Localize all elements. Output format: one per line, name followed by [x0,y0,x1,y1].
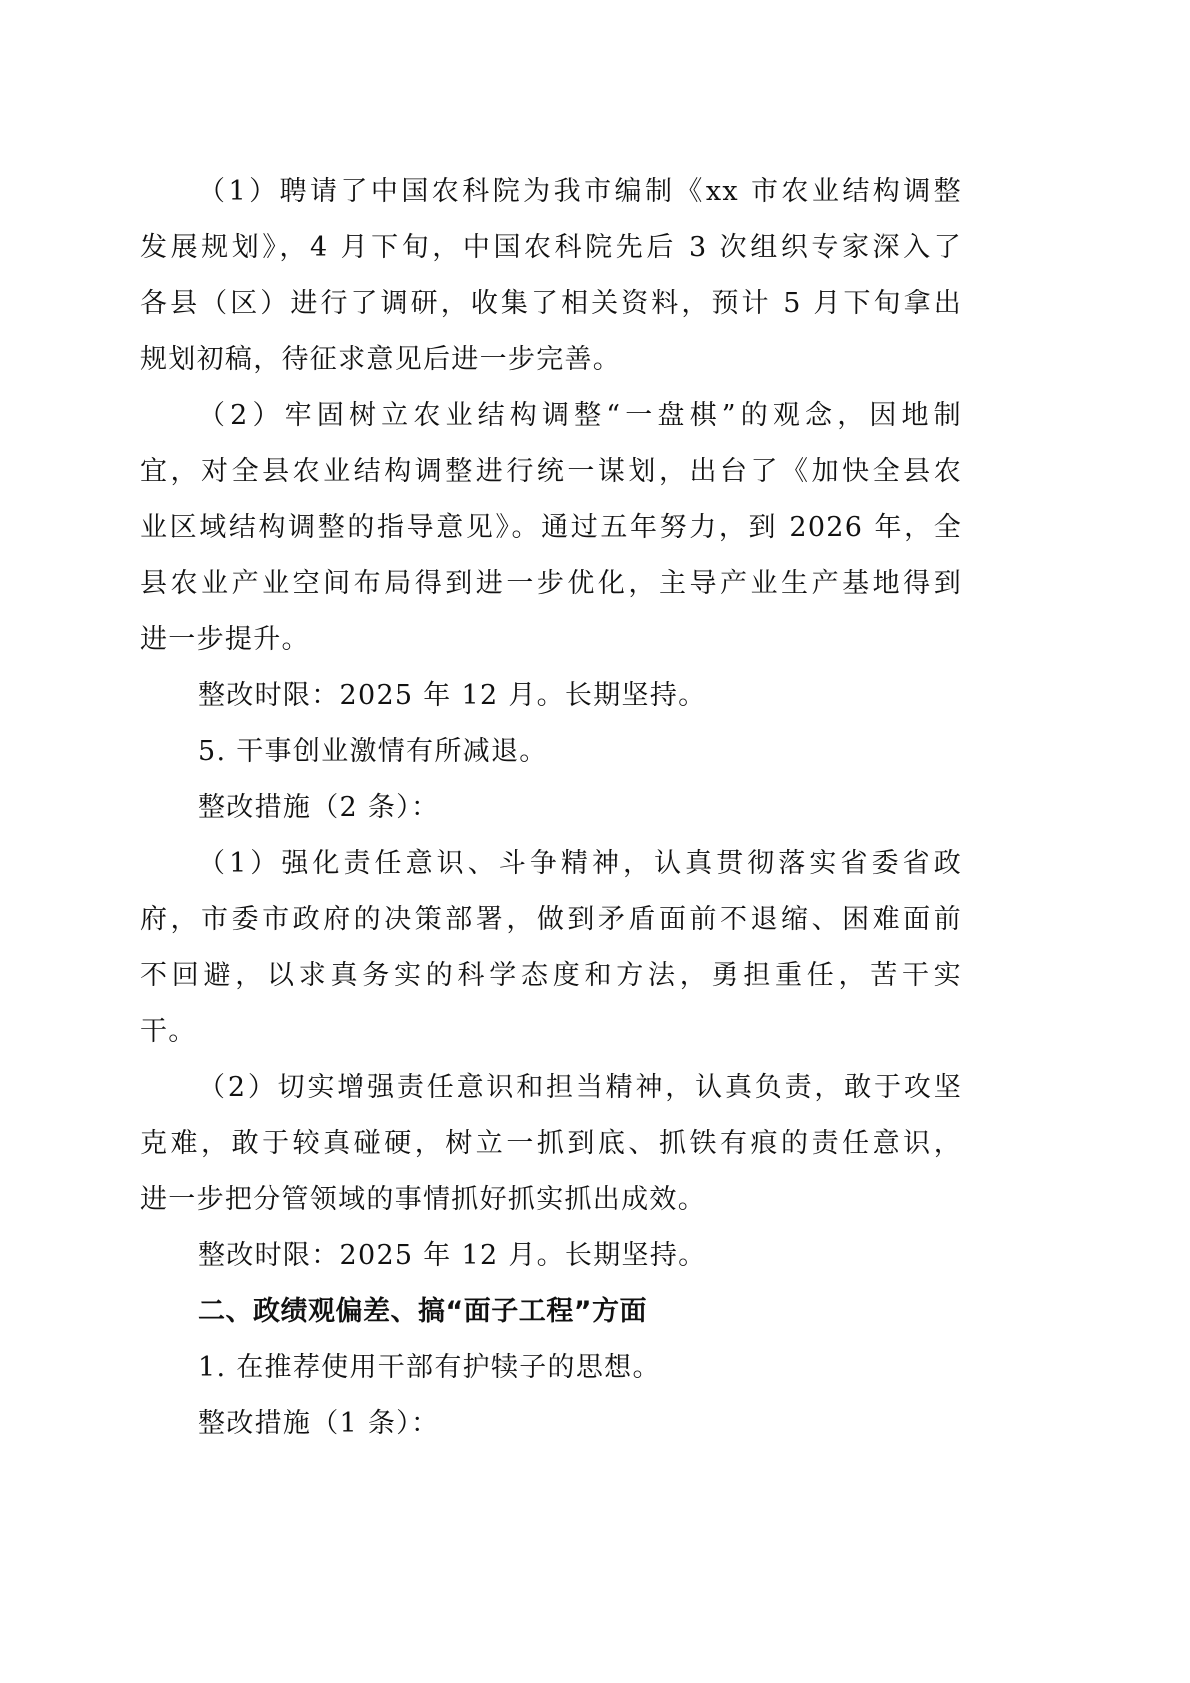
measures-count-2: 整改措施（1 条）： [140,1396,962,1452]
document-page: （1）聘请了中国农科院为我市编制《xx 市农业结构调整 发展规划》，4 月下旬，… [140,164,962,1452]
text-line: 1. 在推荐使用干部有护犊子的思想。 [140,1340,962,1396]
deadline-paragraph-1: 整改时限：2025 年 12 月。长期坚持。 [140,668,962,724]
text-line: 宜，对全县农业结构调整进行统一谋划，出台了《加快全县农 [140,444,962,500]
text-line: （2）牢固树立农业结构调整“一盘棋”的观念，因地制 [140,388,962,444]
section-heading: 二、政绩观偏差、搞“面子工程”方面 [140,1284,962,1340]
measure-paragraph-4: （2）切实增强责任意识和担当精神，认真负责，敢于攻坚 克难，敢于较真碰硬，树立一… [140,1060,962,1228]
text-line: 整改时限：2025 年 12 月。长期坚持。 [140,668,962,724]
deadline-paragraph-2: 整改时限：2025 年 12 月。长期坚持。 [140,1228,962,1284]
text-line: （2）切实增强责任意识和担当精神，认真负责，敢于攻坚 [140,1060,962,1116]
measure-paragraph-3: （1）强化责任意识、斗争精神，认真贯彻落实省委省政 府，市委市政府的决策部署，做… [140,836,962,1060]
section-heading-2: 二、政绩观偏差、搞“面子工程”方面 [140,1284,962,1340]
text-line: 各县（区）进行了调研，收集了相关资料，预计 5 月下旬拿出 [140,276,962,332]
issue-item-1: 1. 在推荐使用干部有护犊子的思想。 [140,1340,962,1396]
text-line: 县农业产业空间布局得到进一步优化，主导产业生产基地得到 [140,556,962,612]
measure-paragraph-1: （1）聘请了中国农科院为我市编制《xx 市农业结构调整 发展规划》，4 月下旬，… [140,164,962,388]
text-line: 发展规划》，4 月下旬，中国农科院先后 3 次组织专家深入了 [140,220,962,276]
text-line: 府，市委市政府的决策部署，做到矛盾面前不退缩、困难面前 [140,892,962,948]
issue-item-5: 5. 干事创业激情有所减退。 [140,724,962,780]
text-line: 不回避，以求真务实的科学态度和方法，勇担重任，苦干实 [140,948,962,1004]
text-line: 5. 干事创业激情有所减退。 [140,724,962,780]
text-line: 整改时限：2025 年 12 月。长期坚持。 [140,1228,962,1284]
text-line: 整改措施（2 条）： [140,780,962,836]
text-line: 业区域结构调整的指导意见》。通过五年努力，到 2026 年，全 [140,500,962,556]
text-line: （1）聘请了中国农科院为我市编制《xx 市农业结构调整 [140,164,962,220]
text-line: （1）强化责任意识、斗争精神，认真贯彻落实省委省政 [140,836,962,892]
text-line: 规划初稿，待征求意见后进一步完善。 [140,332,962,388]
text-line: 进一步把分管领域的事情抓好抓实抓出成效。 [140,1172,962,1228]
measure-paragraph-2: （2）牢固树立农业结构调整“一盘棋”的观念，因地制 宜，对全县农业结构调整进行统… [140,388,962,668]
text-line: 克难，敢于较真碰硬，树立一抓到底、抓铁有痕的责任意识， [140,1116,962,1172]
text-line: 整改措施（1 条）： [140,1396,962,1452]
text-line: 进一步提升。 [140,612,962,668]
measures-count-1: 整改措施（2 条）： [140,780,962,836]
text-line: 干。 [140,1004,962,1060]
